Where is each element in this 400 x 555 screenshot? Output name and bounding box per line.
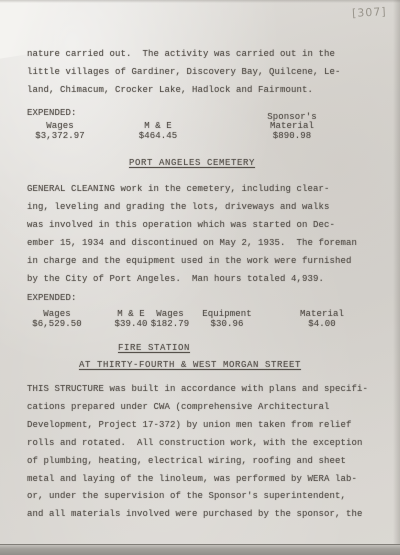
cemetery-paragraph: GENERAL CLEANING work in the cemetery, i… [27, 181, 377, 288]
intro-paragraph: nature carried out. The activity was car… [27, 46, 377, 100]
column-value: $6,529.50 [32, 320, 82, 330]
expense-column-wages: Wages $3,372.97 [35, 112, 85, 142]
column-value: $182.79 [151, 320, 190, 330]
paper-bottom-edge [0, 544, 400, 555]
column-value: $3,372.97 [35, 132, 85, 142]
paper-right-edge [393, 0, 400, 555]
column-value: $890.98 [273, 132, 312, 142]
fire-station-paragraph: THIS STRUCTURE was built in accordance w… [27, 381, 377, 524]
section-title-cemetery: PORT ANGELES CEMETERY [129, 158, 255, 169]
fire-station-subtitle: AT THIRTY-FOURTH & WEST MORGAN STREET [79, 360, 301, 371]
column-value: $464.45 [139, 132, 178, 142]
column-header: Sponsor's Material [267, 113, 317, 133]
expense-column-equipment: Equipment $30.96 [202, 306, 252, 330]
expense-column-material: Material $4.00 [300, 306, 344, 330]
column-value: $4.00 [308, 320, 336, 330]
expense-column-m-and-e: M & E $39.40 [114, 306, 147, 330]
column-value: $30.96 [210, 320, 243, 330]
expense-column-m-and-e: M & E $464.45 [139, 112, 178, 142]
expense-column-sponsors-material: Sponsor's Material $890.98 [267, 112, 317, 142]
page-number: [307] [352, 5, 387, 20]
column-value: $39.40 [114, 320, 147, 330]
paper-top-edge [0, 0, 400, 3]
expense-column-wages-1: Wages $6,529.50 [32, 306, 82, 330]
scanned-document-page: [307] nature carried out. The activity w… [0, 0, 400, 555]
expense-column-wages-2: Wages $182.79 [151, 306, 190, 330]
expended-label-2: EXPENDED: [27, 293, 77, 304]
fire-station-title: FIRE STATION [118, 343, 190, 354]
